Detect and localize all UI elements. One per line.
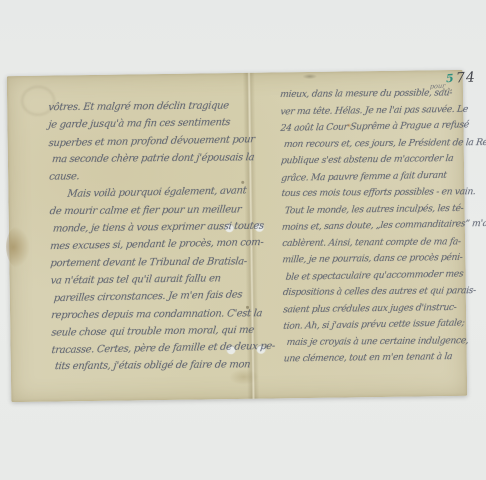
handwritten-line: dispositions à celles des autres et qui … (282, 283, 470, 301)
paper-stain (6, 226, 31, 268)
handwritten-line: tion. Ah, si j'avais prévu cette issue f… (282, 315, 470, 335)
left-page-text: vôtres. Et malgré mon déclin tragiqueje … (48, 97, 252, 377)
paper-edge-mark (303, 74, 317, 79)
handwritten-line: une clémence, tout en m'en tenant à la (283, 349, 471, 368)
archival-number-mark: 5 (446, 72, 455, 86)
pencil-scribble-icon: ∿∿ (442, 86, 453, 95)
handwritten-line: reproches depuis ma condamnation. C'est … (50, 305, 252, 324)
handwritten-line: tous ces mois tous efforts possibles - e… (281, 184, 469, 202)
page-number: 74 (456, 69, 477, 86)
right-page-text: mieux, dans la mesure du possible, sau-v… (280, 85, 470, 368)
handwritten-line: moins et, sans doute, „les commanditaire… (281, 216, 469, 236)
handwritten-line: tits enfants, j'étais obligé de faire de… (54, 357, 253, 376)
corner-marks: 5 74 ∿∿ (438, 70, 482, 100)
letter-sheet: vôtres. Et malgré mon déclin tragiqueje … (7, 70, 468, 402)
handwritten-line: 24 août la Cour Suprême à Prague a refus… (280, 117, 468, 137)
handwritten-line: pareilles circonstances. Je m'en fais de… (53, 287, 252, 308)
